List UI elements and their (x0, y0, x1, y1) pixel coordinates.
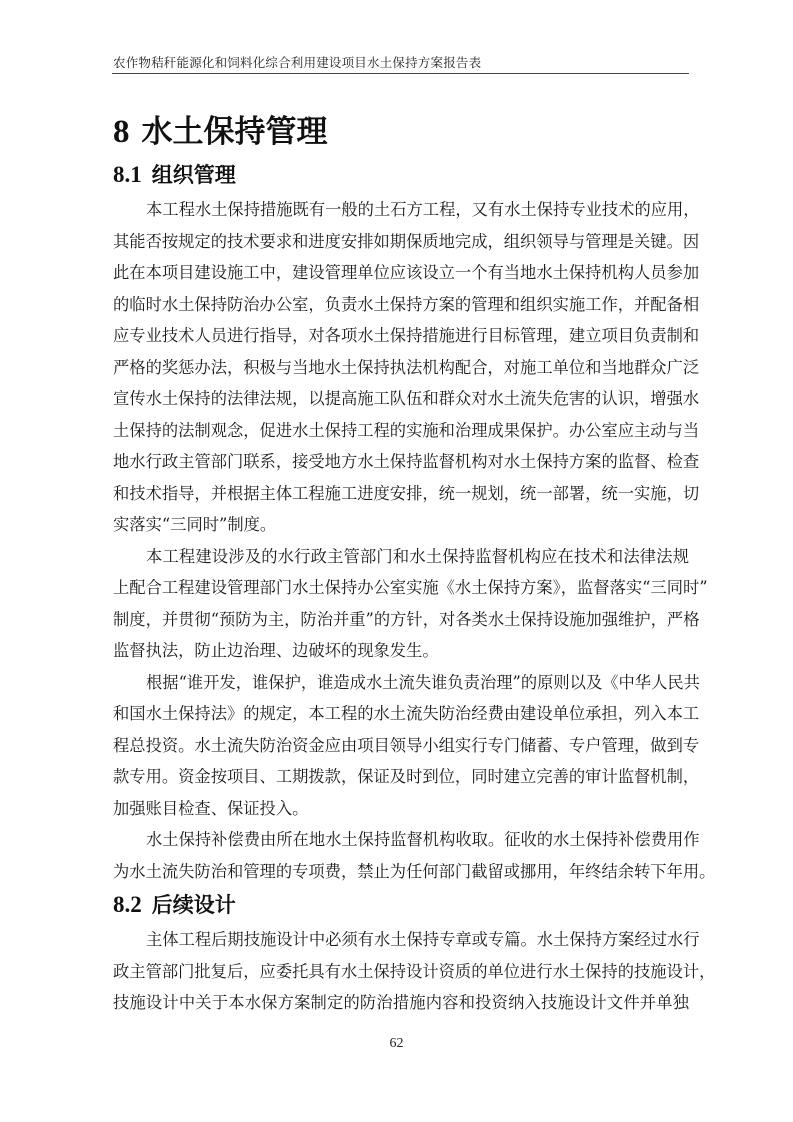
paragraph-line: 实落实“三同时”制度。 (113, 513, 689, 537)
paragraph-line: 上配合工程建设管理部门水土保持办公室实施《水土保持方案》，监督落实“三同时” (113, 576, 689, 600)
paragraph-line: 为水土流失防治和管理的专项费，禁止为任何部门截留或挪用，年终结余转下年用。 (113, 860, 689, 884)
page-number: 62 (0, 1036, 793, 1052)
paragraph-line: 和国水土保持法》的规定，本工程的水土流失防治经费由建设单位承担，列入本工 (113, 702, 689, 726)
header-rule (112, 73, 689, 74)
paragraph-line: 技施设计中关于本水保方案制定的防治措施内容和投资纳入技施设计文件并单独 (113, 991, 689, 1015)
chapter-title-text: 水土保持管理 (142, 114, 328, 150)
paragraph-line: 本工程水土保持措施既有一般的土石方工程，又有水土保持专业技术的应用， (146, 198, 689, 222)
running-header: 农作物秸秆能源化和饲料化综合利用建设项目水土保持方案报告表 (113, 53, 689, 71)
chapter-title: 8水土保持管理 (113, 106, 328, 151)
paragraph-line: 根据“谁开发，谁保护，谁造成水土流失谁负责治理”的原则以及《中华人民共 (146, 671, 689, 695)
paragraph-line: 水土保持补偿费由所在地水土保持监督机构收取。征收的水土保持补偿费用作 (146, 828, 689, 852)
paragraph-line: 应专业技术人员进行指导，对各项水土保持措施进行目标管理，建立项目负责制和 (113, 324, 689, 348)
paragraph-line: 的临时水土保持防治办公室，负责水土保持方案的管理和组织实施工作，并配备相 (113, 293, 689, 317)
paragraph-line: 本工程建设涉及的水行政主管部门和水土保持监督机构应在技术和法律法规 (146, 545, 689, 569)
paragraph-line: 和技术指导，并根据主体工程施工进度安排，统一规划，统一部署，统一实施，切 (113, 482, 689, 506)
paragraph-line: 加强账目检查、保证投入。 (113, 797, 689, 821)
paragraph-line: 政主管部门批复后，应委托具有水土保持设计资质的单位进行水土保持的技施设计， (113, 960, 689, 984)
paragraph-line: 严格的奖惩办法，积极与当地水土保持执法机构配合，对施工单位和当地群众广泛 (113, 356, 689, 380)
paragraph-line: 土保持的法制观念，促进水土保持工程的实施和治理成果保护。办公室应主动与当 (113, 419, 689, 443)
section-heading-8-1: 8.1组织管理 (113, 159, 236, 189)
chapter-number: 8 (113, 114, 130, 150)
paragraph-line: 制度，并贯彻“预防为主，防治并重”的方针，对各类水土保持设施加强维护，严格 (113, 608, 689, 632)
section-number: 8.1 (113, 162, 142, 187)
paragraph-line: 主体工程后期技施设计中必须有水土保持专章或专篇。水土保持方案经过水行 (146, 928, 689, 952)
paragraph-line: 宣传水土保持的法律法规，以提高施工队伍和群众对水土流失危害的认识，增强水 (113, 387, 689, 411)
paragraph-line: 款专用。资金按项目、工期拨款，保证及时到位，同时建立完善的审计监督机制， (113, 765, 689, 789)
document-page: 农作物秸秆能源化和饲料化综合利用建设项目水土保持方案报告表 8水土保持管理 8.… (0, 0, 793, 1122)
paragraph-line: 其能否按规定的技术要求和进度安排如期保质地完成，组织领导与管理是关键。因 (113, 230, 689, 254)
paragraph-line: 此在本项目建设施工中，建设管理单位应该设立一个有当地水土保持机构人员参加 (113, 261, 689, 285)
paragraph-line: 地水行政主管部门联系，接受地方水土保持监督机构对水土保持方案的监督、检查 (113, 450, 689, 474)
paragraph-line: 监督执法，防止边治理、边破坏的现象发生。 (113, 639, 689, 663)
section-heading-8-2: 8.2后续设计 (113, 889, 236, 919)
section-title: 后续设计 (152, 893, 236, 917)
paragraph-line: 程总投资。水土流失防治资金应由项目领导小组实行专门储蓄、专户管理，做到专 (113, 734, 689, 758)
section-number: 8.2 (113, 892, 142, 917)
section-title: 组织管理 (152, 163, 236, 187)
